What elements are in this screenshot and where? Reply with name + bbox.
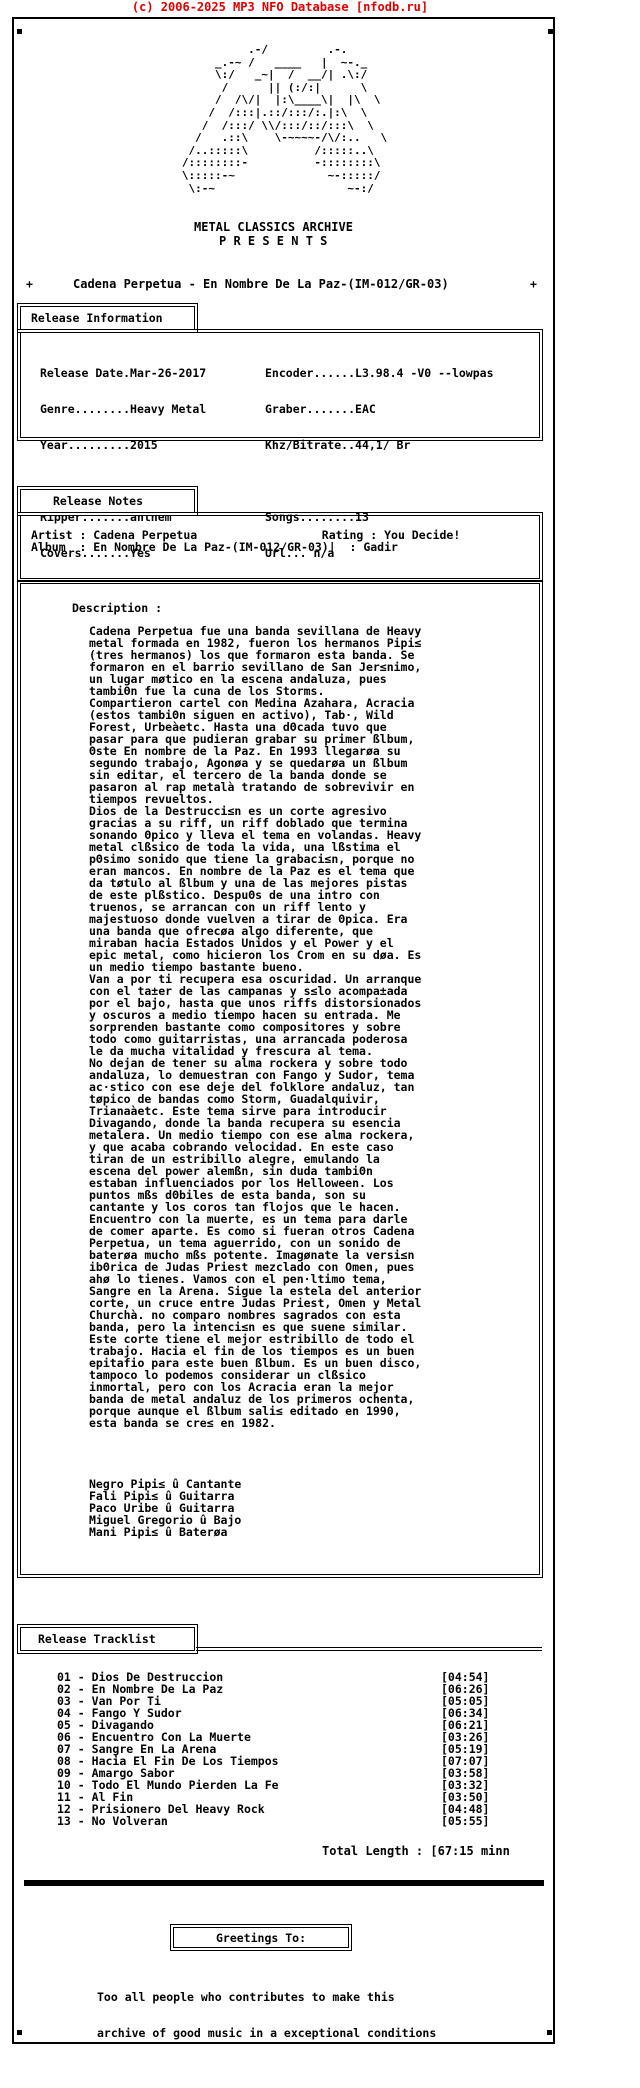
release-tracklist-label: Release Tracklist xyxy=(21,1628,194,1646)
track-separator: - xyxy=(71,1814,92,1828)
presents-heading: P R E S E N T S xyxy=(219,234,327,248)
corner-marker-icon xyxy=(17,2030,22,2035)
greetings-line: archive of good music in a exceptional c… xyxy=(97,2027,436,2039)
greetings-text: Too all people who contributes to make t… xyxy=(97,1967,436,2051)
album-line: Album : En Nombre De La Paz-(IM-012/GR-0… xyxy=(31,541,398,553)
release-notes-label: Release Notes xyxy=(21,490,194,508)
info-row-encoder: Encoder......L3.98.4 -V0 --lowpas xyxy=(265,367,494,379)
info-row-graber: Graber.......EAC xyxy=(265,403,494,415)
greetings-label: Greetings To: xyxy=(174,1928,348,1945)
title-bullet-right: + xyxy=(530,278,537,290)
release-tracklist-tab: Release Tracklist xyxy=(17,1624,198,1654)
greetings-tab: Greetings To: xyxy=(170,1924,352,1951)
corner-marker-icon xyxy=(17,29,22,34)
total-length: Total Length : [67:15 minn xyxy=(322,1845,510,1857)
section-separator xyxy=(24,1880,544,1886)
track-length: [05:55] xyxy=(441,1815,489,1827)
ascii-logo: .-/ .-. _.-~ / ____ | ~-._ \:/ _~| / __/… xyxy=(162,44,387,195)
info-row-bitrate: Khz/Bitrate..44,1/ Br xyxy=(265,439,494,451)
title-bullet-left: + xyxy=(26,278,33,290)
description-line: esta banda se cre≤ en 1982. xyxy=(89,1417,421,1429)
lineup-list: Negro Pipi≤ û CantanteFali Pipi≤ û Guita… xyxy=(89,1478,241,1538)
release-information-label: Release Information xyxy=(21,307,194,325)
corner-marker-icon xyxy=(547,2030,552,2035)
info-row-release-date: Release Date.Mar-26-2017 xyxy=(40,367,206,379)
tracklist-divider xyxy=(196,1647,542,1651)
release-title: Cadena Perpetua - En Nombre De La Paz-(I… xyxy=(73,278,449,290)
track-row: 13 - No Volveran[05:55] xyxy=(57,1815,279,1827)
track-number: 13 xyxy=(57,1814,71,1828)
copyright-banner: (c) 2006-2025 MP3 NFO Database [nfodb.ru… xyxy=(0,0,560,14)
description-heading: Description : xyxy=(72,602,162,614)
tracklist: 01 - Dios De Destruccion[04:54]02 - En N… xyxy=(57,1671,279,1827)
description-body: Cadena Perpetua fue una banda sevillana … xyxy=(89,625,421,1429)
info-row-year: Year.........2015 xyxy=(40,439,206,451)
logo-caption: METAL CLASSICS ARCHIVE xyxy=(194,221,353,233)
info-row-genre: Genre........Heavy Metal xyxy=(40,403,206,415)
greetings-line: Too all people who contributes to make t… xyxy=(97,1991,436,2003)
track-title: No Volveran xyxy=(92,1814,168,1828)
corner-marker-icon xyxy=(548,29,553,34)
lineup-member: Mani Pipi≤ û Baterøa xyxy=(89,1526,241,1538)
